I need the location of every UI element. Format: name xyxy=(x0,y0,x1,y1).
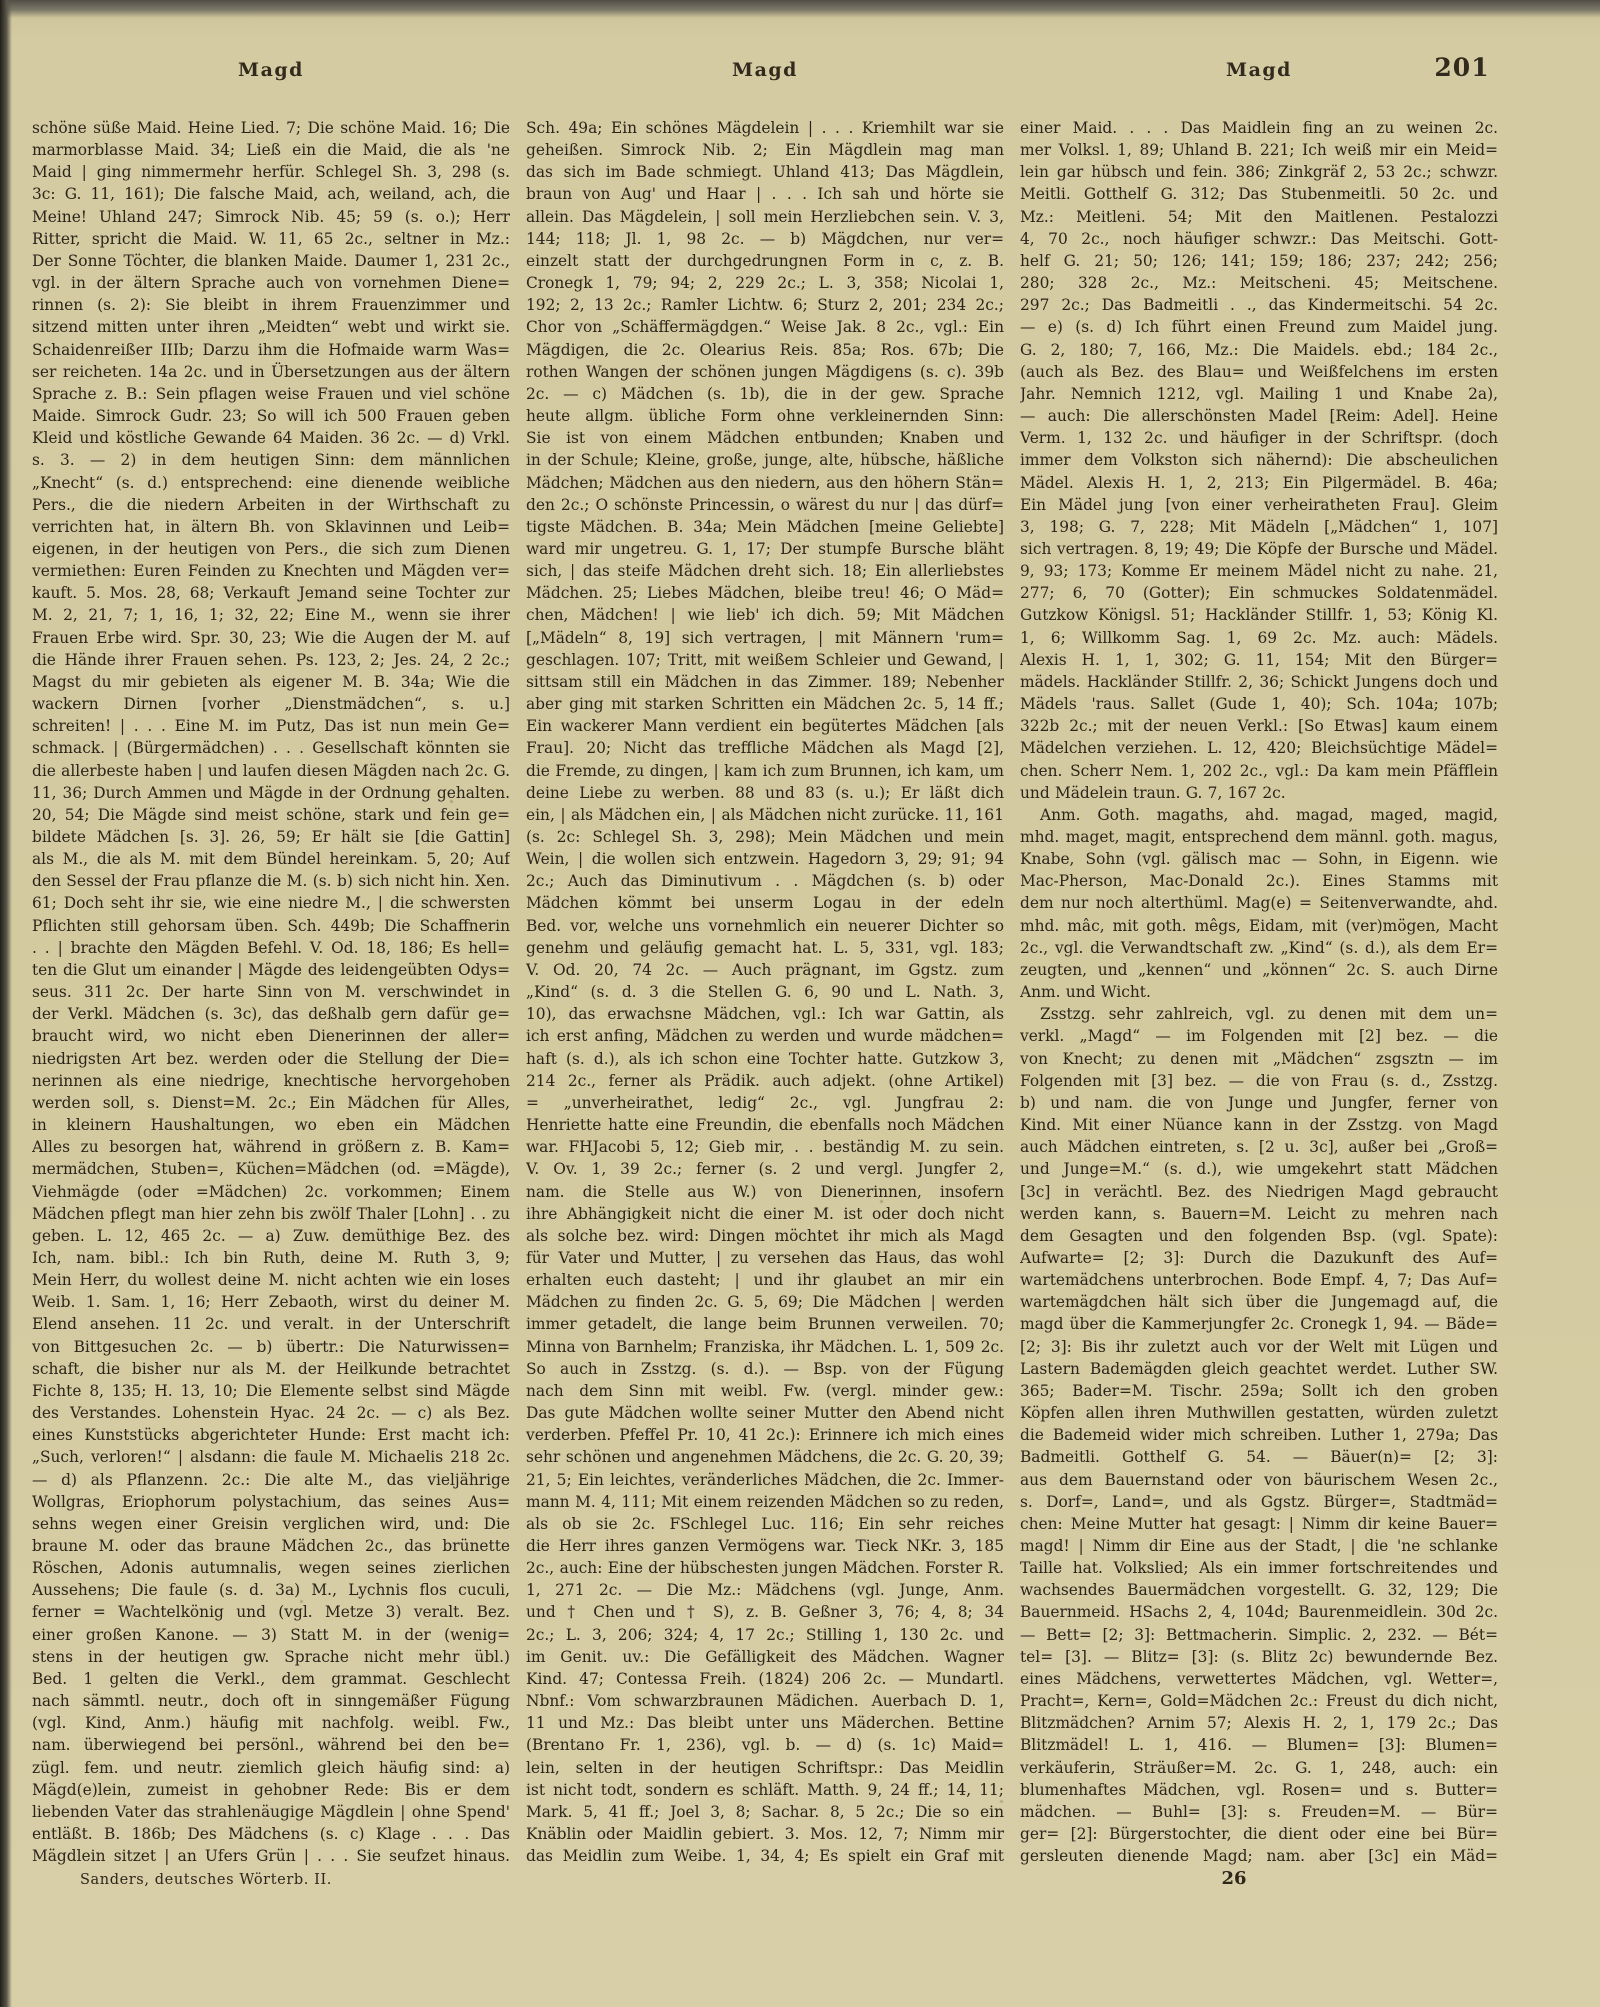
text-line: zeugten, und „kennen“ und „können“ 2c. S… xyxy=(1020,959,1498,981)
text-line: Pracht=, Kern=, Gold=Mädchen 2c.: Freust… xyxy=(1020,1690,1498,1712)
page-number: 201 xyxy=(1432,53,1492,82)
text-line: als ob sie 2c. FSchlegel Luc. 116; Ein s… xyxy=(526,1513,1004,1535)
text-line: zügl. fem. und neutr. ziemlich gleich hä… xyxy=(32,1757,510,1779)
running-head-column-3: Magd xyxy=(1020,57,1498,83)
text-line: Der Sonne Töchter, die blanken Maide. Da… xyxy=(32,250,510,272)
text-line: Zsstzg. sehr zahlreich, vgl. zu denen mi… xyxy=(1020,1003,1498,1025)
text-line: 322b 2c.; mit der neuen Verkl.: [So Etwa… xyxy=(1020,715,1498,737)
text-line: schreiten! | . . . Eine M. im Putz, Das … xyxy=(32,715,510,737)
text-line: — Bett= [2; 3]: Bettmacherin. Simplic. 2… xyxy=(1020,1624,1498,1646)
text-line: deine Liebe zu werben. 88 und 83 (s. u.)… xyxy=(526,782,1004,804)
text-line: liebenden Vater das strahlenäugige Mägdl… xyxy=(32,1801,510,1823)
text-line: geschlagen. 107; Tritt, mit weißem Schle… xyxy=(526,649,1004,671)
text-line: — d) als Pflanzenn. 2c.: Die alte M., da… xyxy=(32,1469,510,1491)
text-line: wartemädchens unterbrochen. Bode Empf. 4… xyxy=(1020,1269,1498,1291)
text-line: Aufwarte= [2; 3]: Durch die Dazukunft de… xyxy=(1020,1247,1498,1269)
text-line: Bed. 1 gelten die Verkl., dem grammat. G… xyxy=(32,1668,510,1690)
text-line: sitzend mitten unter ihren „Meidten“ web… xyxy=(32,316,510,338)
text-line: ward mir ungetreu. G. 1, 17; Der stumpfe… xyxy=(526,538,1004,560)
text-line: als M., die als M. mit dem Bündel herein… xyxy=(32,848,510,870)
text-line: Mädel. Alexis H. 1, 2, 213; Ein Pilgermä… xyxy=(1020,472,1498,494)
text-line: verkäuferin, Sträußer=M. 2c. G. 1, 248, … xyxy=(1020,1757,1498,1779)
text-line: mermädchen, Stuben=, Küchen=Mädchen (od.… xyxy=(32,1158,510,1180)
text-line: mann M. 4, 111; Mit einem reizenden Mädc… xyxy=(526,1491,1004,1513)
text-line: . . | brachte den Mägden Befehl. V. Od. … xyxy=(32,937,510,959)
text-line: 20, 54; Die Mägde sind meist schöne, sta… xyxy=(32,804,510,826)
text-line: eigenen, in der heutigen von Pers., die … xyxy=(32,538,510,560)
text-line: lein gar hübsch und fein. 386; Zinkgräf … xyxy=(1020,161,1498,183)
text-line: Nbnf.: Vom schwarzbraunen Mädichen. Auer… xyxy=(526,1690,1004,1712)
text-column-3: einer Maid. . . . Das Maidlein fing an z… xyxy=(1020,117,1498,1867)
text-line: Fichte 8, 135; H. 13, 10; Die Elemente s… xyxy=(32,1380,510,1402)
text-line: werden kann, s. Bauern=M. Leicht zu mehr… xyxy=(1020,1203,1498,1225)
text-line: Taille hat. Volkslied; Als ein immer for… xyxy=(1020,1557,1498,1579)
text-line: Mädchen. 25; Liebes Mädchen, bleibe treu… xyxy=(526,582,1004,604)
text-line: chen, Mädchen! | wie lieb' ich dich. 59;… xyxy=(526,604,1004,626)
text-line: (s. 2c: Schlegel Sh. 3, 298); Mein Mädch… xyxy=(526,826,1004,848)
text-line: einer Maid. . . . Das Maidlein fing an z… xyxy=(1020,117,1498,139)
scanned-dictionary-page: Magd Magd Magd 201 schöne süße Maid. Hei… xyxy=(0,0,1600,2007)
text-line: seus. 311 2c. Der harte Sinn von M. vers… xyxy=(32,981,510,1003)
text-line: blumenhaftes Mädchen, vgl. Rosen= und s.… xyxy=(1020,1779,1498,1801)
text-line: die Hände ihrer Frauen sehen. Ps. 123, 2… xyxy=(32,649,510,671)
text-line: mer Volksl. 1, 89; Uhland B. 221; Ich we… xyxy=(1020,139,1498,161)
text-line: [„Mädeln“ 8, 19] sich vertragen, | mit M… xyxy=(526,627,1004,649)
text-line: wackern Dirnen [vorher „Dienstmädchen“, … xyxy=(32,693,510,715)
text-line: Mägdigen, die 2c. Olearius Reis. 85a; Ro… xyxy=(526,339,1004,361)
text-line: im Genit. uv.: Die Gefälligkeit des Mädc… xyxy=(526,1646,1004,1668)
text-line: 10), das erwachsne Mädchen, vgl.: Ich wa… xyxy=(526,1003,1004,1025)
text-line: geheißen. Simrock Nib. 2; Ein Mägdlein m… xyxy=(526,139,1004,161)
text-line: Folgenden mit [3] bez. — die von Frau (s… xyxy=(1020,1070,1498,1092)
text-line: Aussehens; Die faule (s. d. 3a) M., Lych… xyxy=(32,1579,510,1601)
text-line: 214 2c., ferner als Prädik. auch adjekt.… xyxy=(526,1070,1004,1092)
text-line: 192; 2, 13 2c.; Ramler Lichtw. 6; Sturz … xyxy=(526,294,1004,316)
text-line: 2c.; Auch das Diminutivum . . Mägdchen (… xyxy=(526,870,1004,892)
text-column-2: Sch. 49a; Ein schönes Mägdelein | . . . … xyxy=(526,117,1004,1867)
text-line: Frauen Erbe wird. Spr. 30, 23; Wie die A… xyxy=(32,627,510,649)
text-line: braucht wird, wo nicht eben Dienerinnen … xyxy=(32,1025,510,1047)
text-line: Viehmägde (oder =Mädchen) 2c. vorkommen;… xyxy=(32,1181,510,1203)
text-line: Badmeitli. Gotthelf G. 54. — Bäuer(n)= [… xyxy=(1020,1446,1498,1468)
text-line: nam. überwiegend bei persönl., während b… xyxy=(32,1734,510,1756)
text-line: Mein Herr, du wollest deine M. nicht ach… xyxy=(32,1269,510,1291)
text-line: Röschen, Adonis autumnalis, wegen seines… xyxy=(32,1557,510,1579)
text-line: Wein, | die wollen sich entzwein. Hagedo… xyxy=(526,848,1004,870)
text-line: die Herr ihres ganzen Vermögens war. Tie… xyxy=(526,1535,1004,1557)
text-line: Ein Mädel jung [von einer verheiratheten… xyxy=(1020,494,1498,516)
text-line: 297 2c.; Das Badmeitli . ., das Kinderme… xyxy=(1020,294,1498,316)
text-line: Sie ist von einem Mädchen entbunden; Kna… xyxy=(526,427,1004,449)
text-line: Blitzmädchen? Arnim 57; Alexis H. 2, 1, … xyxy=(1020,1712,1498,1734)
text-line: nach dem Sinn mit weibl. Fw. (vergl. min… xyxy=(526,1380,1004,1402)
text-line: aber ging mit starken Schritten ein Mädc… xyxy=(526,693,1004,715)
text-line: „Knecht“ (s. d.) entsprechend: eine dien… xyxy=(32,472,510,494)
text-line: vermiethen: Euren Feinden zu Knechten un… xyxy=(32,560,510,582)
text-line: Pers., die die niedern Arbeiten in der W… xyxy=(32,494,510,516)
text-line: geben. L. 12, 465 2c. — a) Zuw. demüthig… xyxy=(32,1225,510,1247)
text-line: V. Ov. 1, 39 2c.; ferner (s. 2 und vergl… xyxy=(526,1158,1004,1180)
text-line: Mägdlein sitzet | an Ufers Grün | . . . … xyxy=(32,1845,510,1867)
text-line: Jahr. Nemnich 1212, vgl. Mailing 1 und K… xyxy=(1020,383,1498,405)
text-line: Kleid und köstliche Gewande 64 Maiden. 3… xyxy=(32,427,510,449)
text-line: gersleuten dienende Magd; nam. aber [3c]… xyxy=(1020,1845,1498,1867)
text-line: Mark. 5, 41 ff.; Joel 3, 8; Sachar. 8, 5… xyxy=(526,1801,1004,1823)
text-line: niedrigsten Art bez. werden oder die Ste… xyxy=(32,1048,510,1070)
text-line: Bauernmeid. HSachs 2, 4, 104d; Baurenmei… xyxy=(1020,1601,1498,1623)
text-line: s. 3. — 2) in dem heutigen Sinn: dem män… xyxy=(32,449,510,471)
text-line: 1, 6; Willkomm Sag. 1, 69 2c. Mz. auch: … xyxy=(1020,627,1498,649)
text-line: dem Gesagten und den folgenden Bsp. (vgl… xyxy=(1020,1225,1498,1247)
text-line: Sch. 49a; Ein schönes Mägdelein | . . . … xyxy=(526,117,1004,139)
text-line: [3c] in verächtl. Bez. des Niedrigen Mag… xyxy=(1020,1181,1498,1203)
text-line: Mz.: Meitleni. 54; Mit den Maitlenen. Pe… xyxy=(1020,206,1498,228)
text-line: verderben. Pfeffel Pr. 10, 41 2c.): Erin… xyxy=(526,1424,1004,1446)
text-line: immer dem Volkston sich nähernd): Die ab… xyxy=(1020,449,1498,471)
text-line: Mägd(e)lein, zumeist in gehobner Rede: B… xyxy=(32,1779,510,1801)
text-line: Wollgras, Eriophorum polystachium, das s… xyxy=(32,1491,510,1513)
text-line: marmorblasse Maid. 34; Ließ ein die Maid… xyxy=(32,139,510,161)
sheet-signature-mark: 26 xyxy=(1204,1868,1264,1889)
text-line: helf G. 21; 50; 126; 141; 159; 186; 237;… xyxy=(1020,250,1498,272)
text-line: Ritter, spricht die Maid. W. 11, 65 2c.,… xyxy=(32,228,510,250)
text-line: (auch als Bez. des Blau= und Weißfelchen… xyxy=(1020,361,1498,383)
text-line: Mädels 'raus. Sallet (Gude 1, 40); Sch. … xyxy=(1020,693,1498,715)
scan-left-edge-shadow xyxy=(0,0,12,2007)
text-line: sehr schönen und angenehmen Mädchens, di… xyxy=(526,1446,1004,1468)
text-line: 11 und Mz.: Das bleibt unter uns Mäderch… xyxy=(526,1712,1004,1734)
text-line: Mädelchen verziehen. L. 12, 420; Bleichs… xyxy=(1020,737,1498,759)
text-line: M. 2, 21, 7; 1, 16, 1; 32, 22; Eine M., … xyxy=(32,604,510,626)
text-line: „Such, verloren!“ | alsdann: die faule M… xyxy=(32,1446,510,1468)
text-line: sich, | das steife Mädchen dreht sich. 1… xyxy=(526,560,1004,582)
text-line: chen. Scherr Nem. 1, 202 2c., vgl.: Da k… xyxy=(1020,760,1498,782)
text-line: Knabe, Sohn (vgl. gälisch mac — Sohn, in… xyxy=(1020,848,1498,870)
text-line: Meitli. Gotthelf G. 312; Das Stubenmeitl… xyxy=(1020,183,1498,205)
text-line: Schaidenreißer IIIb; Darzu ihm die Hofma… xyxy=(32,339,510,361)
text-line: Kind. 47; Contessa Freih. (1824) 206 2c.… xyxy=(526,1668,1004,1690)
text-line: schaft, die bisher nur als M. der Heilku… xyxy=(32,1358,510,1380)
text-line: die Fremde, zu dingen, | kam ich zum Bru… xyxy=(526,760,1004,782)
text-line: ser reicheten. 14a 2c. und in Übersetzun… xyxy=(32,361,510,383)
text-line: werden soll, s. Dienst=M. 2c.; Ein Mädch… xyxy=(32,1092,510,1114)
text-line: das Meidlin zum Weibe. 1, 34, 4; Es spie… xyxy=(526,1845,1004,1867)
text-line: 1, 271 2c. — Die Mz.: Mädchens (vgl. Jun… xyxy=(526,1579,1004,1601)
text-line: dem nur noch alterthüml. Mag(e) = Seiten… xyxy=(1020,892,1498,914)
text-line: mhd. maget, magit, entsprechend dem männ… xyxy=(1020,826,1498,848)
text-line: die Bademeid wider mich schreiben. Luthe… xyxy=(1020,1424,1498,1446)
publisher-signature-line: Sanders, deutsches Wörterb. II. xyxy=(80,1872,332,1888)
text-line: und Junge=M.“ (s. d.), wie umgekehrt sta… xyxy=(1020,1158,1498,1180)
text-line: war. FHJacobi 5, 12; Gieb mir, . . bestä… xyxy=(526,1136,1004,1158)
text-line: 2c.; L. 3, 206; 324; 4, 17 2c.; Stilling… xyxy=(526,1624,1004,1646)
text-line: s. Dorf=, Land=, und als Ggstz. Bürger=,… xyxy=(1020,1491,1498,1513)
text-line: des Verstandes. Lohenstein Hyac. 24 2c. … xyxy=(32,1402,510,1424)
text-line: von Knecht; zu denen mit „Mädchen“ zsgsz… xyxy=(1020,1048,1498,1070)
text-line: ger= [2]: Bürgerstochter, die dient oder… xyxy=(1020,1823,1498,1845)
text-line: erhalten euch dasteht; | und ihr glaubet… xyxy=(526,1269,1004,1291)
text-line: nerinnen als eine niedrige, knechtische … xyxy=(32,1070,510,1092)
text-line: lein, selten in der heutigen Schriftspr.… xyxy=(526,1757,1004,1779)
text-line: [2; 3]: Bis ihr zuletzt auch vor der Wel… xyxy=(1020,1336,1498,1358)
text-line: 144; 118; Jl. 1, 98 2c. — b) Mägdchen, n… xyxy=(526,228,1004,250)
text-line: immer getadelt, die lange beim Brunnen v… xyxy=(526,1313,1004,1335)
text-line: 11, 36; Durch Ammen und Mägde in der Ord… xyxy=(32,782,510,804)
text-line: ihre Abhängigkeit nicht die einer M. ist… xyxy=(526,1203,1004,1225)
text-line: 9, 93; 173; Komme Er meinem Mädel nicht … xyxy=(1020,560,1498,582)
text-line: die allerbeste haben | und laufen diesen… xyxy=(32,760,510,782)
text-line: rinnen (s. 2): Sie bleibt in ihrem Fraue… xyxy=(32,294,510,316)
text-line: Kind. Mit einer Nüance kann in der Zsstz… xyxy=(1020,1114,1498,1136)
text-line: chen: Meine Mutter hat gesagt: | Nimm di… xyxy=(1020,1513,1498,1535)
text-line: einzelt statt der durchgedrungnen Form i… xyxy=(526,250,1004,272)
text-line: Mac-Pherson, Mac-Donald 2c.). Eines Stam… xyxy=(1020,870,1498,892)
text-line: entläßt. B. 186b; Des Mädchens (s. c) Kl… xyxy=(32,1823,510,1845)
text-line: (Brentano Fr. 1, 236), vgl. b. — d) (s. … xyxy=(526,1734,1004,1756)
text-line: 4, 70 2c., noch häufiger schwzr.: Das Me… xyxy=(1020,228,1498,250)
text-line: ten die Glut um einander | Mägde des lei… xyxy=(32,959,510,981)
text-line: heute allgm. übliche Form ohne verkleine… xyxy=(526,405,1004,427)
text-column-1: schöne süße Maid. Heine Lied. 7; Die sch… xyxy=(32,117,510,1867)
text-line: 21, 5; Ein leichtes, veränderliches Mädc… xyxy=(526,1469,1004,1491)
text-line: ist nicht todt, sondern es schläft. Matt… xyxy=(526,1779,1004,1801)
text-line: Alles zu besorgen hat, während in größer… xyxy=(32,1136,510,1158)
text-line: vgl. in der ältern Sprache auch von vorn… xyxy=(32,272,510,294)
text-line: Knäblin oder Maidlin gebiert. 3. Mos. 12… xyxy=(526,1823,1004,1845)
text-line: aus dem Bauernstand oder von bäurischem … xyxy=(1020,1469,1498,1491)
text-line: mädchen. — Buhl= [3]: s. Freuden=M. — Bü… xyxy=(1020,1801,1498,1823)
text-line: Sprache z. B.: Sein pflagen weise Frauen… xyxy=(32,383,510,405)
text-line: sittsam still ein Mädchen in das Zimmer.… xyxy=(526,671,1004,693)
text-line: bildete Mädchen [s. 3]. 26, 59; Er hält … xyxy=(32,826,510,848)
text-line: Mädchen; Mädchen aus den niedern, aus de… xyxy=(526,472,1004,494)
text-line: — auch: Die allerschönsten Madel [Reim: … xyxy=(1020,405,1498,427)
text-line: stens in der heutigen gw. Sprache nicht … xyxy=(32,1646,510,1668)
text-line: den Sessel der Frau pflanze die M. (s. b… xyxy=(32,870,510,892)
text-line: 3c: G. 11, 161); Die falsche Maid, ach, … xyxy=(32,183,510,205)
text-line: der Verkl. Mädchen (s. 3c), das deßhalb … xyxy=(32,1003,510,1025)
scan-top-edge-shadow xyxy=(0,0,1600,18)
text-line: Henriette hatte eine Freundin, die ebenf… xyxy=(526,1114,1004,1136)
text-line: Blitzmädel! L. 1, 416. — Blumen= [3]: Bl… xyxy=(1020,1734,1498,1756)
text-line: wachsendes Bauermädchen vorgestellt. G. … xyxy=(1020,1579,1498,1601)
text-line: 2c., auch: Eine der hübschesten jungen M… xyxy=(526,1557,1004,1579)
text-line: schöne süße Maid. Heine Lied. 7; Die sch… xyxy=(32,117,510,139)
text-line: verrichten hat, in ältern Bh. von Sklavi… xyxy=(32,516,510,538)
text-line: Mädchen pflegt man hier zehn bis zwölf T… xyxy=(32,1203,510,1225)
running-head-column-1: Magd xyxy=(32,57,510,83)
text-line: haft (s. d.), als ich schon eine Tochter… xyxy=(526,1048,1004,1070)
text-line: Ich, nam. bibl.: Ich bin Ruth, deine M. … xyxy=(32,1247,510,1269)
text-line: Maid | ging nimmermehr herfür. Schlegel … xyxy=(32,161,510,183)
text-line: für Vater und Mutter, | zu versehen das … xyxy=(526,1247,1004,1269)
text-line: tigste Mädchen. B. 34a; Mein Mädchen [me… xyxy=(526,516,1004,538)
text-line: ferner = Wachtelkönig und (vgl. Metze 3)… xyxy=(32,1601,510,1623)
text-line: allein. Das Mägdelein, | soll mein Herzl… xyxy=(526,206,1004,228)
text-line: Bed. vor, welche uns vornehmlich ein neu… xyxy=(526,915,1004,937)
text-line: braune M. oder das braune Mädchen 2c., d… xyxy=(32,1535,510,1557)
running-head-column-2: Magd xyxy=(526,57,1004,83)
text-line: in der Schule; Kleine, große, junge, alt… xyxy=(526,449,1004,471)
text-line: Verm. 1, 132 2c. und häufiger in der Sch… xyxy=(1020,427,1498,449)
text-line: V. Od. 20, 74 2c. — Auch prägnant, im Gg… xyxy=(526,959,1004,981)
text-line: Weib. 1. Sam. 1, 16; Herr Zebaoth, wirst… xyxy=(32,1291,510,1313)
text-line: Mädchen kömmt bei unserm Logau in der ed… xyxy=(526,892,1004,914)
text-line: — e) (s. d) Ich führt einen Freund zum M… xyxy=(1020,316,1498,338)
text-line: Meine! Uhland 247; Simrock Nib. 45; 59 (… xyxy=(32,206,510,228)
text-line: magd über die Kammerjungfer 2c. Cronegk … xyxy=(1020,1313,1498,1335)
text-line: Minna von Barnhelm; Franziska, ihr Mädch… xyxy=(526,1336,1004,1358)
text-line: ein, | als Mädchen ein, | als Mädchen ni… xyxy=(526,804,1004,826)
text-line: 3, 198; G. 7, 228; Mit Mädeln [„Mädchen“… xyxy=(1020,516,1498,538)
text-line: 2c., vgl. die Verwandtschaft zw. „Kind“ … xyxy=(1020,937,1498,959)
text-line: So auch in Zsstzg. (s. d.). — Bsp. von d… xyxy=(526,1358,1004,1380)
text-line: ich erst anfing, Mädchen zu werden und w… xyxy=(526,1025,1004,1047)
text-line: G. 2, 180; 7, 166, Mz.: Die Maidels. ebd… xyxy=(1020,339,1498,361)
text-line: das sich im Bade schmiegt. Uhland 413; D… xyxy=(526,161,1004,183)
text-line: Maide. Simrock Gudr. 23; So will ich 500… xyxy=(32,405,510,427)
text-line: „Kind“ (s. d. 3 die Stellen G. 6, 90 und… xyxy=(526,981,1004,1003)
text-line: wartemägdchen hält sich über die Jungema… xyxy=(1020,1291,1498,1313)
text-line: auch Mädchen eintreten, s. [2 u. 3c], au… xyxy=(1020,1136,1498,1158)
text-line: den 2c.; O schönste Princessin, o wärest… xyxy=(526,494,1004,516)
text-line: mädels. Hackländer Stillfr. 2, 36; Schic… xyxy=(1020,671,1498,693)
text-line: Frau]. 20; Nicht das treffliche Mädchen … xyxy=(526,737,1004,759)
text-line: Das gute Mädchen wollte seiner Mutter de… xyxy=(526,1402,1004,1424)
text-line: Pflichten still gehorsam üben. Sch. 449b… xyxy=(32,915,510,937)
text-line: Mädchen zu finden 2c. G. 5, 69; Die Mädc… xyxy=(526,1291,1004,1313)
text-line: 365; Bader=M. Tischr. 259a; Sollt ich de… xyxy=(1020,1380,1498,1402)
text-line: und Mädelein traun. G. 7, 167 2c. xyxy=(1020,782,1498,804)
text-line: = „unverheirathet, ledig“ 2c., vgl. Jung… xyxy=(526,1092,1004,1114)
text-line: 277; 6, 70 (Gotter); Ein schmuckes Solda… xyxy=(1020,582,1498,604)
text-line: Alexis H. 1, 1, 302; G. 11, 154; Mit den… xyxy=(1020,649,1498,671)
text-line: kauft. 5. Mos. 28, 68; Verkauft Jemand s… xyxy=(32,582,510,604)
text-line: Gutzkow Königsl. 51; Hackländer Stillfr.… xyxy=(1020,604,1498,626)
text-line: magd! | Nimm dir Eine aus der Stadt, | d… xyxy=(1020,1535,1498,1557)
text-line: 280; 328 2c., Mz.: Meitscheni. 45; Meits… xyxy=(1020,272,1498,294)
text-line: sehns wegen einer Greisin verglichen wir… xyxy=(32,1513,510,1535)
text-line: Anm. Goth. magaths, ahd. magad, maged, m… xyxy=(1020,804,1498,826)
text-line: Lastern Bademägden gleich geachtet werde… xyxy=(1020,1358,1498,1380)
text-line: von Bittgesuchen 2c. — b) übertr.: Die N… xyxy=(32,1336,510,1358)
text-line: schmack. | (Bürgermädchen) . . . Gesells… xyxy=(32,737,510,759)
text-line: eines Mädchens, verwettertes Mädchen, vg… xyxy=(1020,1668,1498,1690)
text-line: nam. die Stelle aus W.) von Dienerinnen,… xyxy=(526,1181,1004,1203)
text-line: einer großen Kanone. — 3) Statt M. in de… xyxy=(32,1624,510,1646)
text-line: b) und nam. die von Junge und Jungfer, f… xyxy=(1020,1092,1498,1114)
text-line: 61; Doch seht ihr sie, wie eine niedre M… xyxy=(32,892,510,914)
text-line: sich vertragen. 8, 19; 49; Die Köpfe der… xyxy=(1020,538,1498,560)
text-line: Anm. und Wicht. xyxy=(1020,981,1498,1003)
text-line: 2c. — c) Mädchen (s. 1b), die in der gew… xyxy=(526,383,1004,405)
text-line: tel= [3]. — Blitz= [3]: (s. Blitz 2c) be… xyxy=(1020,1646,1498,1668)
text-line: Elend ansehen. 11 2c. und veralt. in der… xyxy=(32,1313,510,1335)
text-line: eines Kunststücks abgerichteter Hunde: E… xyxy=(32,1424,510,1446)
text-line: Cronegk 1, 79; 94; 2, 229 2c.; L. 3, 358… xyxy=(526,272,1004,294)
text-line: verkl. „Magd“ — im Folgenden mit [2] bez… xyxy=(1020,1025,1498,1047)
text-line: Ein wackerer Mann verdient ein begüterte… xyxy=(526,715,1004,737)
text-line: und † Chen und † S), z. B. Geßner 3, 76;… xyxy=(526,1601,1004,1623)
text-line: Magst du mir gebieten als eigener M. B. … xyxy=(32,671,510,693)
text-line: nach sämmtl. neutr., doch oft in sinngem… xyxy=(32,1690,510,1712)
text-line: als solche bez. wird: Dingen möchtet ihr… xyxy=(526,1225,1004,1247)
text-line: rothen Wangen der schönen jungen Mägdige… xyxy=(526,361,1004,383)
text-line: in kleinern Haushaltungen, wo eben ein M… xyxy=(32,1114,510,1136)
text-line: mhd. mâc, mit goth. mêgs, Eidam, mit (ve… xyxy=(1020,915,1498,937)
text-line: (vgl. Kind, Anm.) häufig mit nachfolg. w… xyxy=(32,1712,510,1734)
text-line: Köpfen allen ihren Muthwillen gestatten,… xyxy=(1020,1402,1498,1424)
text-line: genehm und geläufig gemacht hat. L. 5, 3… xyxy=(526,937,1004,959)
text-line: braun von Aug' und Haar | . . . Ich sah … xyxy=(526,183,1004,205)
text-line: Chor von „Schäffermägdgen.“ Weise Jak. 8… xyxy=(526,316,1004,338)
